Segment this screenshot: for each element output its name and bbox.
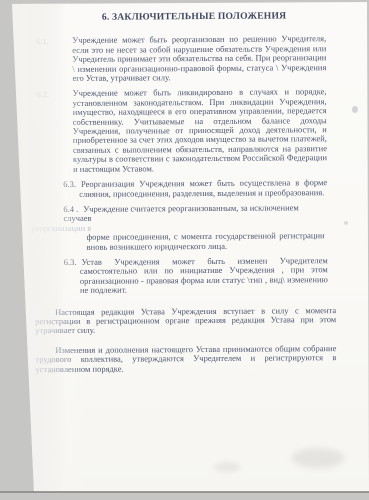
clause-first-line: 6.4 .Учреждение считается реорганизованн… [63,203,327,224]
clause-6-1: 6.1. Учреждение может быть реорганизован… [62,35,326,84]
closing-paragraph: Изменения и дополнения настоящего Устава… [35,344,336,374]
scan-smudge [344,221,348,225]
section-title: 6. ЗАКЛЮЧИТЕЛЬНЫЕ ПОЛОЖЕНИЯ [62,11,326,22]
closing-paragraph: Настоящая редакция Устава Учреждения вст… [35,306,336,336]
clause-number: 6.1. [36,38,48,47]
clause-text: Устав Учреждения может быть изменен Учре… [80,255,328,295]
page-left-shadow [0,0,66,492]
scanned-document: { "doc": { "title": "6. ЗАКЛЮЧИТЕЛЬНЫЕ П… [0,0,369,500]
clause-continuation: форме присоединения, с момента государст… [87,231,325,251]
clause-text: Реорганизация Учреждения может быть осущ… [79,177,327,198]
document-content: 6. ЗАКЛЮЧИТЕЛЬНЫЕ ПОЛОЖЕНИЯ 6.1. Учрежде… [62,11,329,374]
scan-smudge [352,106,358,113]
clause-6-4: 6.4 .Учреждение считается реорганизованн… [63,203,327,252]
clause-text: Учреждение считается реорганизованным, з… [63,202,298,223]
scan-smudge [292,448,344,468]
clause-number: 6.2. [37,91,49,100]
clause-text: Учреждение может быть реорганизован по р… [72,35,326,84]
scan-smudge [214,462,240,472]
clause-6-3: 6.3.Реорганизация Учреждения может быть … [63,178,327,199]
clause-6-2: 6.2. Учреждение может быть ликвидировано… [63,88,328,174]
clause-text: Учреждение может быть ликвидировано в сл… [73,88,328,174]
page-bottom-edge [0,491,369,493]
clause-6-5: 6.3.Устав Учреждения может быть изменен … [64,256,328,295]
paper-page: 6. ЗАКЛЮЧИТЕЛЬНЫЕ ПОЛОЖЕНИЯ 6.1. Учрежде… [0,0,369,500]
